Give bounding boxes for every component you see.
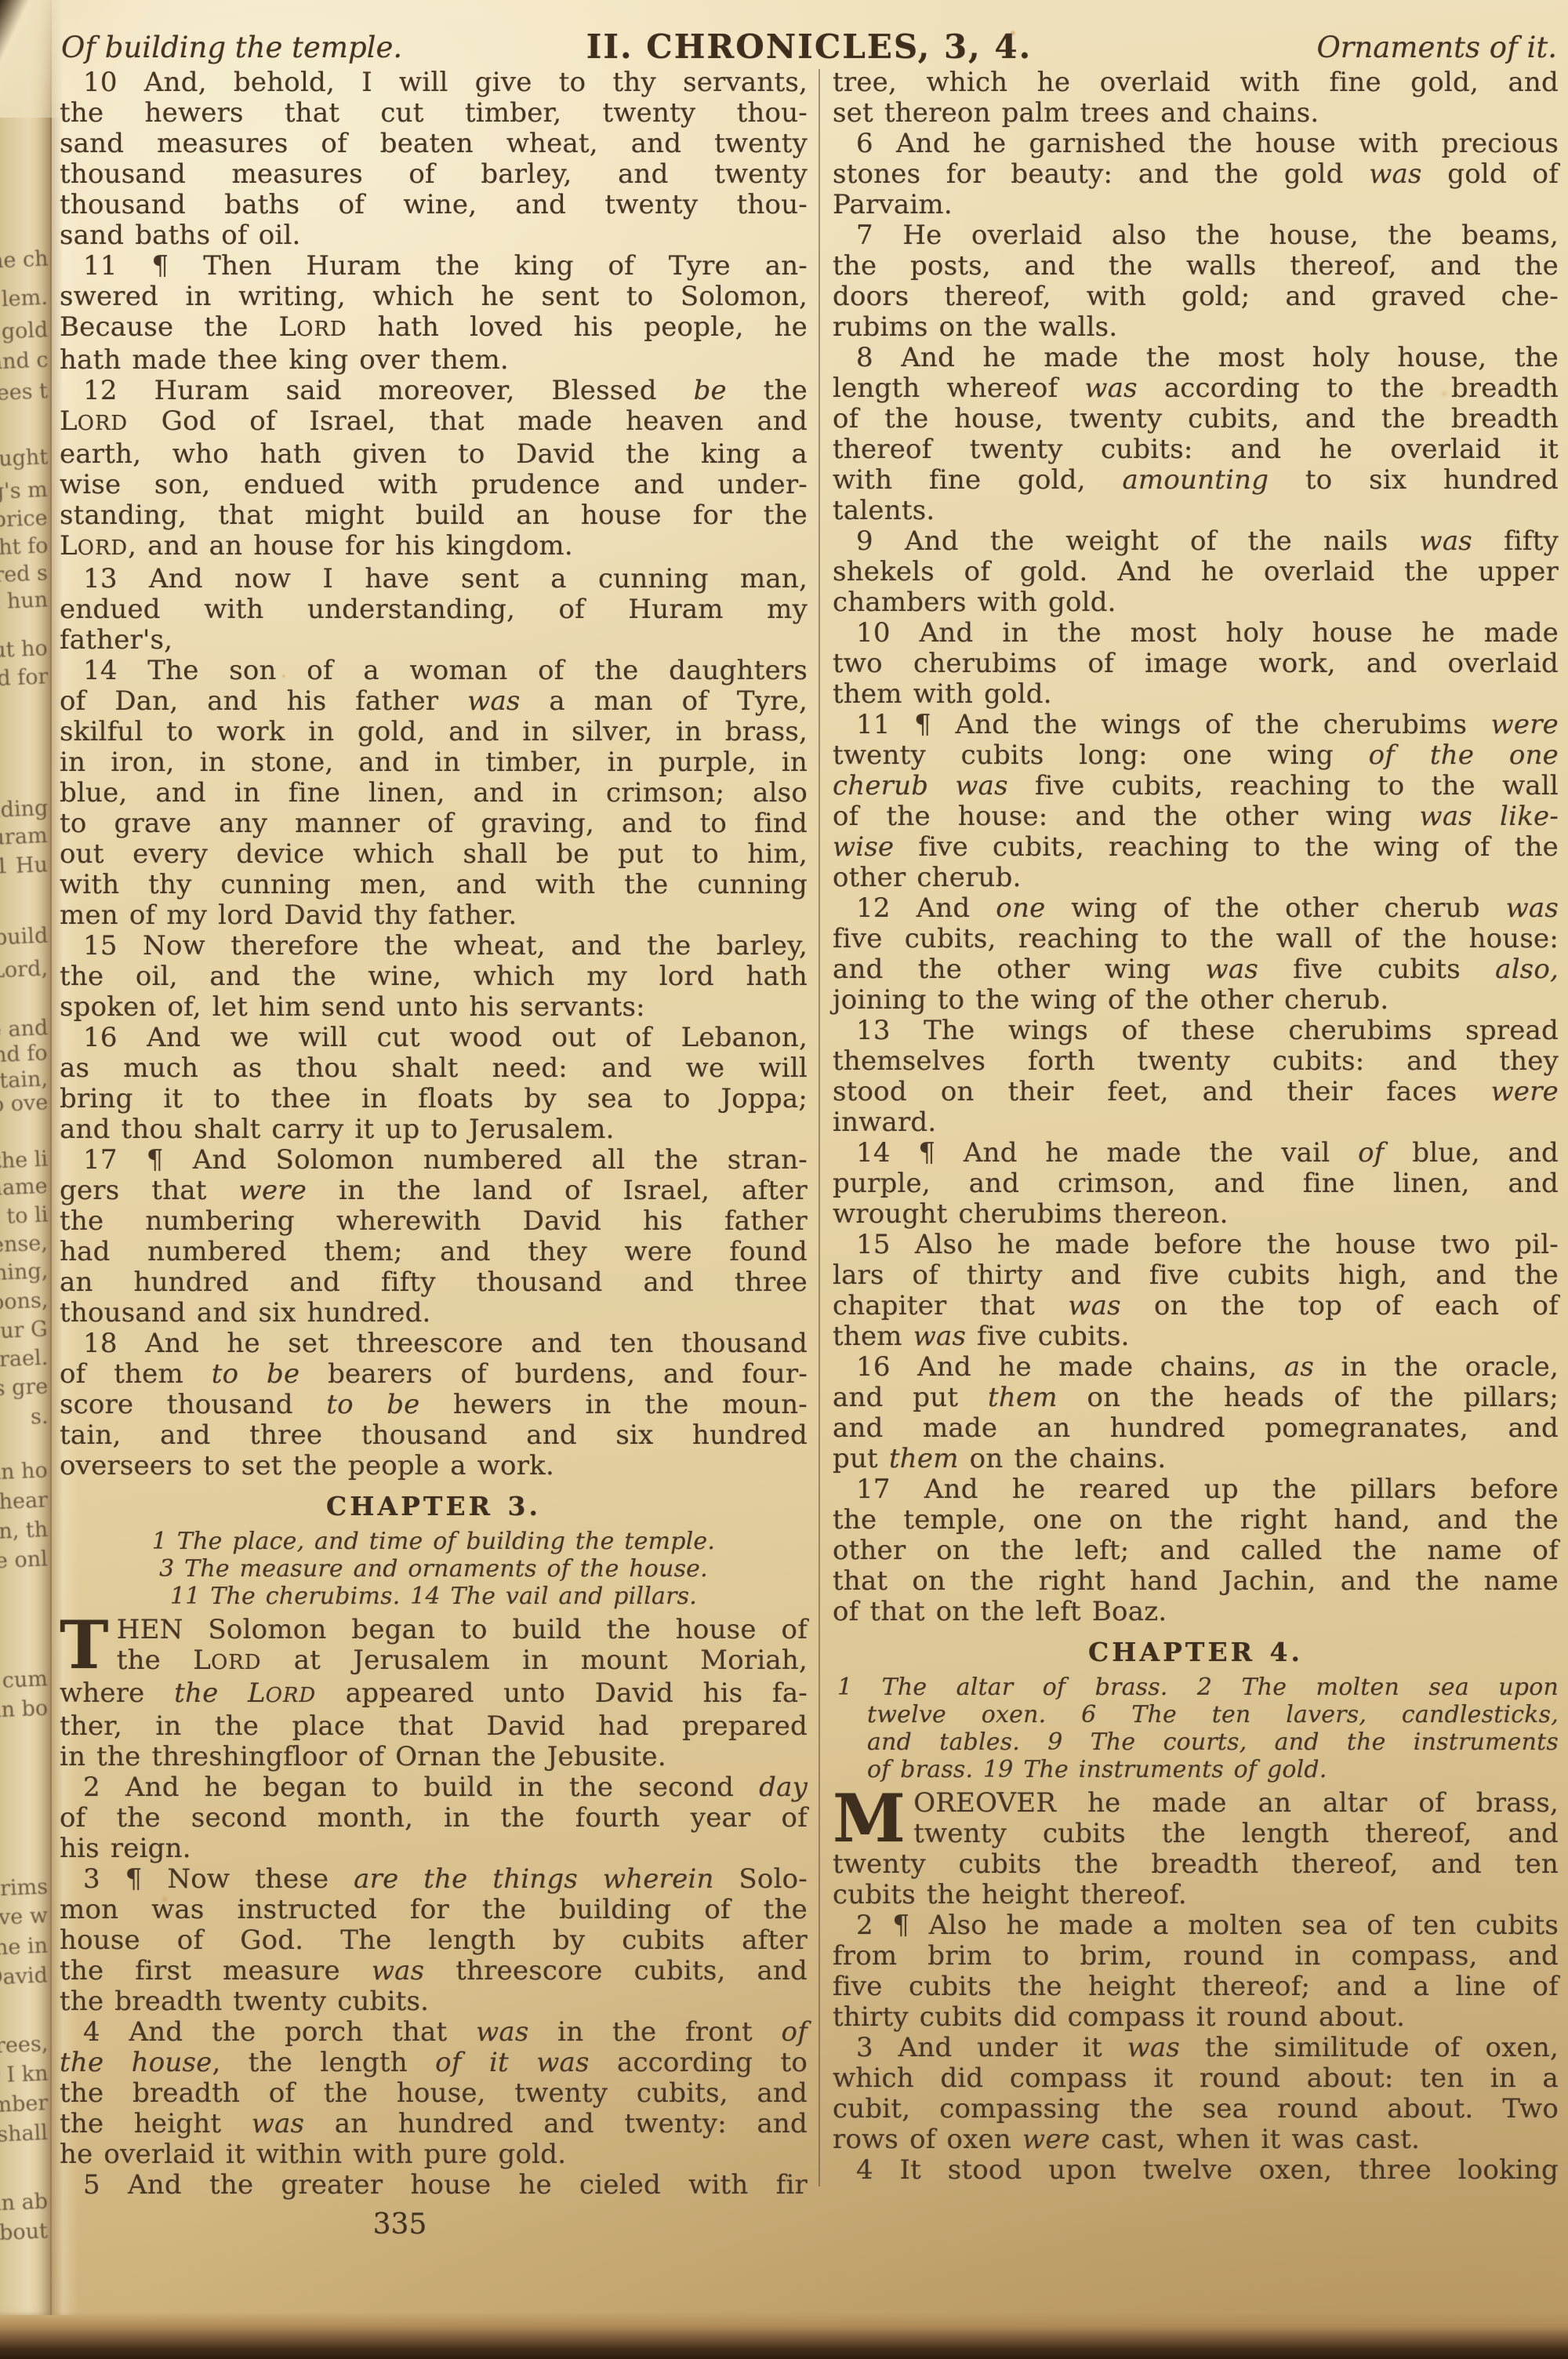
verse-line: which did compass it round about: ten in…	[833, 2063, 1559, 2094]
verse-line: Because the LORD hath loved his people, …	[60, 312, 808, 345]
edge-fragment-text: oons,	[0, 1289, 49, 1314]
verse-line: sand baths of oil.	[60, 220, 808, 251]
verse: 12 Huram said moreover, Blessed be theLO…	[60, 376, 808, 564]
edge-fragment-text: our G	[0, 1318, 49, 1343]
verse: 5 And the greater house he cieled with f…	[60, 2170, 808, 2201]
verse-line: rows of oxen were cast, when it was cast…	[833, 2125, 1559, 2155]
verse: 6 And he garnished the house with precio…	[833, 129, 1559, 220]
edge-fragment-text: hen, th	[0, 1518, 49, 1545]
book-page: he chlem.d goldand ctrees toughting's ma…	[0, 0, 1568, 2359]
verse-line: bring it to thee in floats by sea to Jop…	[60, 1084, 808, 1114]
edge-fragment-text: ought	[0, 445, 49, 471]
verse-line: of them to be bearers of burdens, and fo…	[60, 1359, 808, 1390]
verse-line: joining to the wing of the other cherub.	[833, 985, 1559, 1016]
edge-fragment-text: David	[0, 1964, 49, 1990]
verse-line: had numbered them; and they were found	[60, 1237, 808, 1267]
verse-line: of that on the left Boaz.	[833, 1597, 1559, 1627]
column-divider-rule	[818, 69, 820, 2186]
verse: 10 And, behold, I will give to thy serva…	[60, 67, 808, 251]
verse: MOREOVER he made an altar of brass,twent…	[833, 1788, 1559, 1910]
verse-line: the posts, and the walls thereof, and th…	[833, 251, 1559, 282]
verse-line: set thereon palm trees and chains.	[833, 98, 1559, 129]
verse-line: and the other wing was five cubits also,	[833, 954, 1559, 985]
verse-line: score thousand to be hewers in the moun-	[60, 1390, 808, 1420]
verse-line: wise son, endued with prudence and under…	[60, 470, 808, 500]
verse-line: house of God. The length by cubits after	[60, 1925, 808, 1956]
verse: 11 ¶ Then Huram the king of Tyre an-swer…	[60, 251, 808, 376]
verse: 13 The wings of these cherubims spreadth…	[833, 1016, 1559, 1138]
verse-line: mon was instructed for the building of t…	[60, 1895, 808, 1925]
verse-line: rubims on the walls.	[833, 312, 1559, 343]
verse-line: wise five cubits, reaching to the wing o…	[833, 832, 1559, 863]
chapter-heading: CHAPTER 3.	[60, 1491, 808, 1521]
verse-line: thousand and six hundred.	[60, 1298, 808, 1329]
verse-line: two cherubims of image work, and overlai…	[833, 649, 1559, 679]
edge-fragment-text: about	[0, 2219, 49, 2245]
edge-fragment-text: f hear	[0, 1488, 49, 1515]
verse-line: to grave any manner of graving, and to f…	[60, 809, 808, 839]
edge-fragment-text: the li	[0, 1147, 49, 1173]
verse-line: 14 ¶ And he made the vail of blue, and	[833, 1138, 1559, 1169]
verse-line: ther, in the place that David had prepar…	[60, 1711, 808, 1742]
edge-fragment-text: timber	[0, 2092, 49, 2118]
verse-line: 14 The son of a woman of the daughters	[60, 656, 808, 686]
verse-line: purple, and crimson, and fine linen, and	[833, 1169, 1559, 1199]
verse-line: the house, the length of it was accordin…	[60, 2048, 808, 2078]
verse-line: five cubits, reaching to the wall of the…	[833, 924, 1559, 954]
edge-fragment-text: dred s	[0, 562, 49, 588]
verse-line: LORD, and an house for his kingdom.	[60, 531, 808, 564]
text-column-left: 10 And, behold, I will give to thy serva…	[60, 67, 808, 2201]
verse-line: them was five cubits.	[833, 1321, 1559, 1352]
verse-line: stones for beauty: and the gold was gold…	[833, 159, 1559, 190]
verse: 10 And in the most holy house he madetwo…	[833, 618, 1559, 710]
verse-line: 6 And he garnished the house with precio…	[833, 129, 1559, 159]
verse: 11 ¶ And the wings of the cherubims were…	[833, 710, 1559, 893]
verse-line: 3 And under it was the similitude of oxe…	[833, 2033, 1559, 2063]
verse-line: the numbering wherewith David his father	[60, 1206, 808, 1237]
summary-line: 11 The cherubims. 14 The vail and pillar…	[60, 1583, 808, 1610]
verse-line: themselves forth twenty cubits: and they	[833, 1046, 1559, 1077]
verse: 15 Also he made before the house two pil…	[833, 1230, 1559, 1352]
running-head-right: Ornaments of it.	[1316, 31, 1557, 64]
text-column-right: tree, which he overlaid with fine gold, …	[833, 67, 1559, 2186]
edge-fragment-text: rave w	[0, 1904, 49, 1931]
verse: 9 And the weight of the nails was fiftys…	[833, 526, 1559, 618]
verse-line: 16 And he made chains, as in the oracle,	[833, 1352, 1559, 1383]
edge-fragment-text: ense,	[0, 1231, 49, 1257]
verse-line: other on the left; and called the name o…	[833, 1536, 1559, 1566]
verse-line: thousand measures of barley, and twenty	[60, 159, 808, 190]
edge-fragment-text: ght fo	[0, 534, 49, 560]
edge-fragment-text: he ch	[0, 247, 49, 273]
verse: 4 It stood upon twelve oxen, three looki…	[833, 2155, 1559, 2186]
edge-fragment-text: rees,	[0, 2033, 49, 2059]
page-number: 335	[365, 2208, 435, 2241]
verse-line: chapiter that was on the top of each of	[833, 1291, 1559, 1321]
verse: 13 And now I have sent a cunning man,end…	[60, 564, 808, 656]
verse-line: skilful to work in gold, and in silver, …	[60, 717, 808, 747]
edge-fragment-text: is gre	[0, 1375, 49, 1401]
verse-line: gers that were in the land of Israel, af…	[60, 1176, 808, 1206]
verse-line: 11 ¶ Then Huram the king of Tyre an-	[60, 251, 808, 282]
verse-line: 12 Huram said moreover, Blessed be the	[60, 376, 808, 406]
verse: 15 Now therefore the wheat, and the barl…	[60, 931, 808, 1023]
verse-line: stood on their feet, and their faces wer…	[833, 1077, 1559, 1107]
verse-line: he overlaid it within with pure gold.	[60, 2139, 808, 2170]
verse-line: cubit, compassing the sea round about. T…	[833, 2094, 1559, 2125]
verse: 7 He overlaid also the house, the beams,…	[833, 220, 1559, 343]
edge-fragment-text: re and	[0, 1016, 49, 1043]
edge-fragment-text: rael.	[0, 1347, 49, 1372]
verse-line: the breadth of the house, twenty cubits,…	[60, 2078, 808, 2109]
verse-line: 15 Now therefore the wheat, and the barl…	[60, 931, 808, 961]
book-bottom-edge	[0, 2312, 1568, 2359]
edge-fragment-text: 11 Hu	[0, 853, 49, 880]
verse-line: swered in writing, which he sent to Solo…	[60, 282, 808, 312]
verse-line: an hundred and fifty thousand and three	[60, 1267, 808, 1298]
summary-line: of brass. 19 The instruments of gold.	[833, 1756, 1559, 1783]
verse-line: of the house: and the other wing was lik…	[833, 801, 1559, 832]
verse-line: 11 ¶ And the wings of the cherubims were	[833, 710, 1559, 740]
verse: 17 ¶ And Solomon numbered all the stran-…	[60, 1145, 808, 1329]
verse-line: the breadth twenty cubits.	[60, 1986, 808, 2017]
verse: 16 And he made chains, as in the oracle,…	[833, 1352, 1559, 1474]
edge-fragment-text: ts shall	[0, 2121, 49, 2148]
verse-line: thereof twenty cubits: and he overlaid i…	[833, 434, 1559, 465]
verse-line: 3 ¶ Now these are the things wherein Sol…	[60, 1864, 808, 1895]
summary-line: twelve oxen. 6 The ten lavers, candlesti…	[833, 1701, 1559, 1728]
verse-line: spoken of, let him send unto his servant…	[60, 992, 808, 1023]
verse-line: blue, and in fine linen, and in crimson;…	[60, 778, 808, 809]
edge-fragment-text: ening,	[0, 1259, 49, 1286]
verse-line: overseers to set the people a work.	[60, 1451, 808, 1481]
running-head-title: II. CHRONICLES, 3, 4.	[586, 27, 1033, 66]
verse-line: 18 And he set threescore and ten thousan…	[60, 1329, 808, 1359]
verse-line: 2 And he began to build in the second da…	[60, 1772, 808, 1803]
edge-fragment-text: n hun	[0, 588, 49, 614]
edge-fragment-text: r I kn	[0, 2062, 49, 2088]
verse: 4 And the porch that was in the front of…	[60, 2017, 808, 2170]
verse-line: Parvaim.	[833, 190, 1559, 220]
small-caps-lord: LORD	[279, 311, 347, 343]
verse: 8 And he made the most holy house, thele…	[833, 343, 1559, 526]
verse-line: his reign.	[60, 1834, 808, 1864]
verse-line: the LORD at Jerusalem in mount Moriah,	[60, 1645, 808, 1678]
verse: 2 ¶ Also he made a molten sea of ten cub…	[833, 1910, 1559, 2033]
verse-line: that on the right hand Jachin, and the n…	[833, 1566, 1559, 1597]
verse-line: inward.	[833, 1107, 1559, 1138]
running-head-left: Of building the temple.	[61, 31, 402, 64]
verse-line: tree, which he overlaid with fine gold, …	[833, 67, 1559, 98]
verse-line: of the house, twenty cubits, and the bre…	[833, 404, 1559, 434]
verse-line: 4 And the porch that was in the front of	[60, 2017, 808, 2048]
drop-cap: M	[833, 1788, 913, 1846]
edge-fragment-text: ing's m	[0, 478, 49, 505]
edge-fragment-text: crims	[0, 1875, 49, 1901]
edge-fragment-text: and fo	[0, 1041, 49, 1068]
verse: 16 And we will cut wood out of Lebanon,a…	[60, 1023, 808, 1145]
edge-fragment-text: to ove	[0, 1091, 49, 1118]
verse-line: father's,	[60, 625, 808, 656]
verse-line: with thy cunning men, and with the cunni…	[60, 870, 808, 900]
verse-line: 7 He overlaid also the house, the beams,	[833, 220, 1559, 251]
edge-fragment-text: Huram	[0, 824, 49, 851]
verse-line: wrought cherubims thereon.	[833, 1199, 1559, 1230]
verse-line: twenty cubits long: one wing of the one	[833, 740, 1559, 771]
verse-line: talents.	[833, 496, 1559, 526]
verse: THEN Solomon began to build the house of…	[60, 1615, 808, 1772]
edge-fragment-text: s.	[30, 1405, 49, 1430]
verse: 3 And under it was the similitude of oxe…	[833, 2033, 1559, 2155]
verse-continuation: tree, which he overlaid with fine gold, …	[833, 67, 1559, 129]
verse: 18 And he set threescore and ten thousan…	[60, 1329, 808, 1481]
edge-fragment-text: trees t	[0, 380, 49, 406]
verse: 14 The son of a woman of the daughtersof…	[60, 656, 808, 931]
edge-fragment-text: ne in	[0, 1935, 49, 1961]
verse-line: and put them on the heads of the pillars…	[833, 1383, 1559, 1413]
verse-line: the hewers that cut timber, twenty thou-	[60, 98, 808, 129]
edge-fragment-text: a price	[0, 507, 49, 533]
verse-line: thousand baths of wine, and twenty thou-	[60, 190, 808, 220]
small-caps-lord: LORD	[193, 1645, 261, 1676]
verse-line: endued with understanding, of Huram my	[60, 594, 808, 625]
verse-line: with fine gold, amounting to six hundred	[833, 465, 1559, 496]
verse-line: tain, and three thousand and six hundred	[60, 1420, 808, 1451]
chapter-heading: CHAPTER 4.	[833, 1637, 1559, 1667]
verse-line: out every device which shall be put to h…	[60, 839, 808, 870]
verse-line: 9 And the weight of the nails was fifty	[833, 526, 1559, 557]
edge-fragment-text: in ab	[0, 2190, 49, 2216]
verse-line: 15 Also he made before the house two pil…	[833, 1230, 1559, 1260]
verse: 17 And he reared up the pillars beforeth…	[833, 1474, 1559, 1627]
summary-line: 3 The measure and ornaments of the house…	[60, 1555, 808, 1583]
verse-line: and made an hundred pomegranates, and	[833, 1413, 1559, 1444]
verse-line: 4 It stood upon twelve oxen, three looki…	[833, 2155, 1559, 2186]
verse-line: the height was an hundred and twenty: an…	[60, 2109, 808, 2139]
verse-line: chambers with gold.	[833, 587, 1559, 618]
verse-line: length whereof was according to the brea…	[833, 373, 1559, 404]
verse-line: earth, who hath given to David the king …	[60, 439, 808, 470]
verse-line: in iron, in stone, and in timber, in pur…	[60, 747, 808, 778]
edge-fragment-text: an ho	[0, 1459, 49, 1485]
small-caps-lord: LORD	[60, 405, 128, 437]
verse-line: them with gold.	[833, 679, 1559, 710]
verse-line: 17 ¶ And Solomon numbered all the stran-	[60, 1145, 808, 1176]
verse: 3 ¶ Now these are the things wherein Sol…	[60, 1864, 808, 2017]
verse-line: the first measure was threescore cubits,…	[60, 1956, 808, 1986]
drop-cap: T	[60, 1615, 117, 1673]
verse: 12 And one wing of the other cherub wasf…	[833, 893, 1559, 1016]
verse-line: doors thereof, with gold; and graved che…	[833, 282, 1559, 312]
edge-fragment-text: re onl	[0, 1547, 49, 1573]
verse-line: lars of thirty and five cubits high, and…	[833, 1260, 1559, 1291]
summary-line: and tables. 9 The courts, and the instru…	[833, 1728, 1559, 1756]
verse-line: standing, that might build an house for …	[60, 500, 808, 531]
chapter-summary: 1 The altar of brass. 2 The molten sea u…	[833, 1674, 1559, 1783]
chapter-summary: 1 The place, and time of building the te…	[60, 1528, 808, 1610]
verse-line: 10 And in the most holy house he made	[833, 618, 1559, 649]
summary-line: 1 The place, and time of building the te…	[60, 1528, 808, 1555]
verse-line: other cherub.	[833, 863, 1559, 893]
edge-fragment-text: in bo	[0, 1697, 49, 1723]
verse-line: as much as thou shalt need: and we will	[60, 1053, 808, 1084]
verse-line: twenty cubits the length thereof, and	[833, 1819, 1559, 1849]
verse-line: sand measures of beaten wheat, and twent…	[60, 129, 808, 159]
verse-line: of Dan, and his father was a man of Tyre…	[60, 686, 808, 717]
verse-line: 13 The wings of these cherubims spread	[833, 1016, 1559, 1046]
edge-fragment-text: lem.	[2, 286, 49, 312]
verse-line: 16 And we will cut wood out of Lebanon,	[60, 1023, 808, 1053]
verse-line: 2 ¶ Also he made a molten sea of ten cub…	[833, 1910, 1559, 1941]
edge-fragment-text: uilding	[0, 797, 49, 823]
verse-line: where the LORD appeared unto David his f…	[60, 1678, 808, 1711]
verse-line: LORD God of Israel, that made heaven and	[60, 406, 808, 439]
small-caps-lord: LORD	[60, 530, 128, 562]
running-header: Of building the temple. II. CHRONICLES, …	[60, 22, 1559, 64]
verse-line: thirty cubits did compass it round about…	[833, 2002, 1559, 2033]
verse-line: 5 And the greater house he cieled with f…	[60, 2170, 808, 2201]
edge-fragment-text: nd for	[0, 665, 49, 692]
previous-page-edge: he chlem.d goldand ctrees toughting's ma…	[0, 0, 52, 2315]
verse-line: HEN Solomon began to build the house of	[60, 1615, 808, 1645]
verse-line: men of my lord David thy father.	[60, 900, 808, 931]
verse-line: the temple, one on the right hand, and t…	[833, 1505, 1559, 1536]
verse-line: 10 And, behold, I will give to thy serva…	[60, 67, 808, 98]
verse-line: five cubits the height thereof; and a li…	[833, 1972, 1559, 2002]
verse-line: twenty cubits the breadth thereof, and t…	[833, 1849, 1559, 1880]
verse-line: 12 And one wing of the other cherub was	[833, 893, 1559, 924]
verse-line: cherub was five cubits, reaching to the …	[833, 771, 1559, 801]
verse-line: put them on the chains.	[833, 1444, 1559, 1474]
edge-fragment-text: out ho	[0, 637, 49, 663]
verse-line: 13 And now I have sent a cunning man,	[60, 564, 808, 594]
edge-fragment-text: d gold	[0, 318, 49, 345]
edge-fragment-text: e name	[0, 1175, 49, 1201]
verse-line: cubits the height thereof.	[833, 1880, 1559, 1910]
verse-line: shekels of gold. And he overlaid the upp…	[833, 557, 1559, 587]
verse-line: and thou shalt carry it up to Jerusalem.	[60, 1114, 808, 1145]
edge-fragment-text: Lord,	[0, 957, 49, 983]
verse-line: the oil, and the wine, which my lord hat…	[60, 961, 808, 992]
edge-fragment-text: t to li	[0, 1203, 49, 1229]
small-caps-lord: LORD	[248, 1677, 316, 1709]
verse-line: OREOVER he made an altar of brass,	[833, 1788, 1559, 1819]
edge-fragment-text: build	[0, 925, 49, 951]
verse-line: 8 And he made the most holy house, the	[833, 343, 1559, 373]
verse-line: of the second month, in the fourth year …	[60, 1803, 808, 1834]
verse-line: 17 And he reared up the pillars before	[833, 1474, 1559, 1505]
verse-line: hath made thee king over them.	[60, 345, 808, 376]
verse-line: from brim to brim, round in compass, and	[833, 1941, 1559, 1972]
summary-line: 1 The altar of brass. 2 The molten sea u…	[833, 1674, 1559, 1701]
verse: 14 ¶ And he made the vail of blue, andpu…	[833, 1138, 1559, 1230]
edge-fragment-text: 1 cum	[0, 1667, 49, 1694]
edge-fragment-text: and c	[0, 348, 49, 374]
verse: 2 And he began to build in the second da…	[60, 1772, 808, 1864]
verse-line: in the threshingfloor of Ornan the Jebus…	[60, 1742, 808, 1772]
